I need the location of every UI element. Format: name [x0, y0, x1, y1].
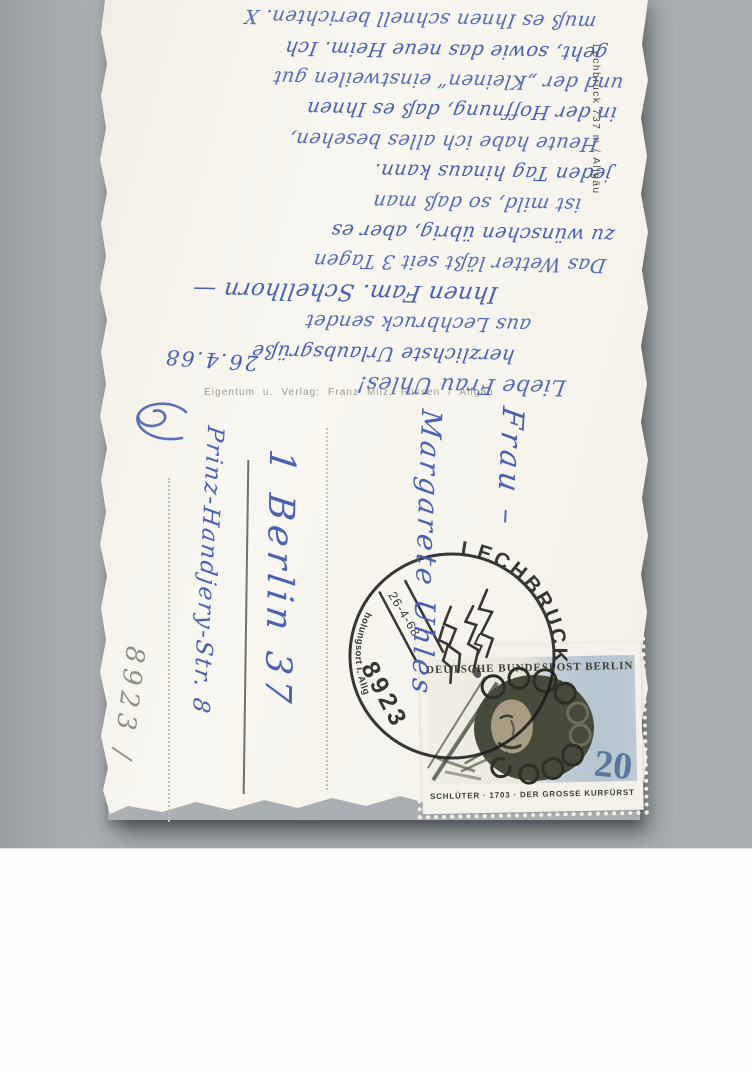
handwritten-message: Liebe Frau Uhles! herzlichste Urlaubsgrü… [113, 0, 625, 402]
postmark: LECHBRUCK Erholungsort i. Allgäu 8923 26… [312, 516, 604, 808]
scan-margin [0, 848, 752, 1072]
postmark-ring: LECHBRUCK Erholungsort i. Allgäu 8923 26… [312, 516, 604, 794]
svg-text:LECHBRUCK: LECHBRUCK [449, 516, 597, 677]
postmark-town: LECHBRUCK [449, 516, 597, 677]
address-city: 1 Berlin 37 [257, 447, 302, 710]
message-line: Ihnen Fam. Schellhorn — [112, 272, 500, 309]
address-rule-dotted [168, 478, 170, 822]
ink-flourish-icon [120, 398, 200, 454]
address-salutation: Frau – [489, 404, 530, 530]
